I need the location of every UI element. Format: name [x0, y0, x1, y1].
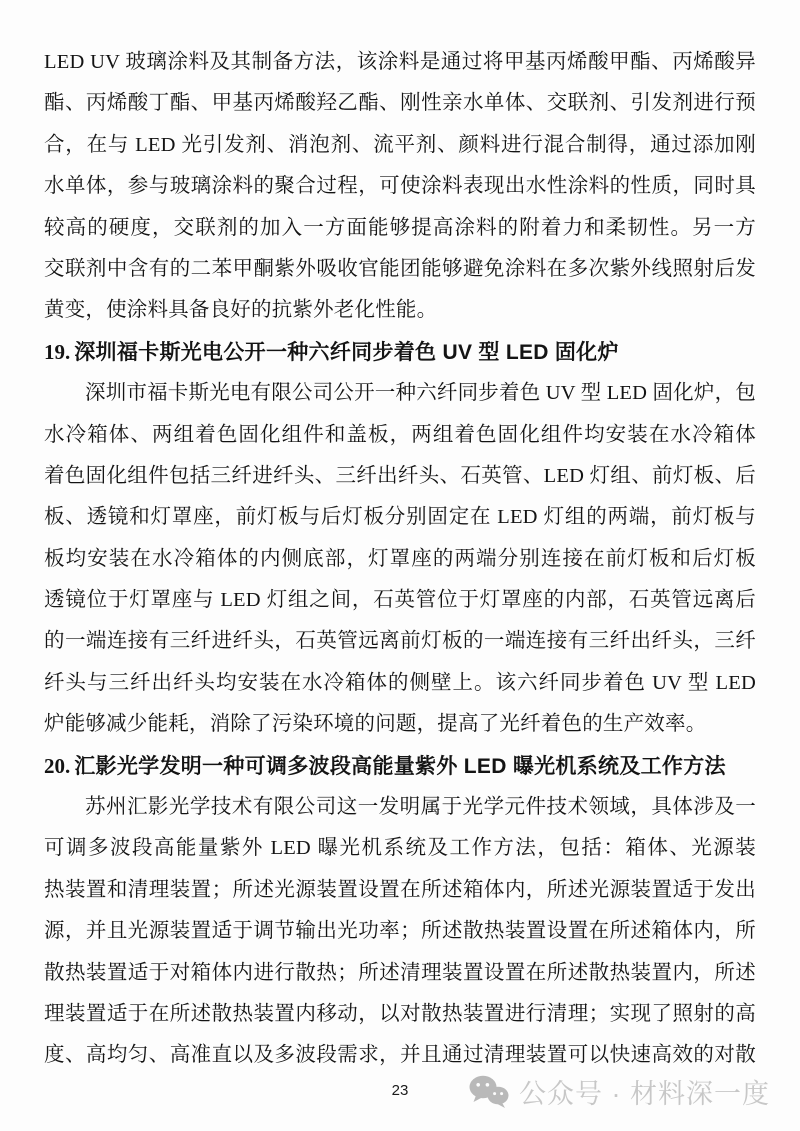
text-line: 水冷箱体、两组着色固化组件和盖板，两组着色固化组件均安装在水冷箱体上；	[44, 415, 756, 456]
text-line: 透镜位于灯罩座与 LED 灯组之间，石英管位于灯罩座的内部，石英管远离后灯板	[44, 580, 756, 621]
text-line: 纤头与三纤出纤头均安装在水冷箱体的侧壁上。该六纤同步着色 UV 型 LED 固化	[44, 663, 756, 704]
text-line: 较高的硬度，交联剂的加入一方面能够提高涂料的附着力和柔韧性。另一方面，	[44, 208, 756, 249]
heading-number: 19.	[44, 340, 70, 364]
text-line: 着色固化组件包括三纤进纤头、三纤出纤头、石英管、LED 灯组、前灯板、后灯	[44, 456, 756, 497]
text-line: 散热装置适于对箱体内进行散热；所述清理装置设置在所述散热装置内，所述清	[44, 953, 756, 994]
text-line: 度、高均匀、高准直以及多波段需求，并且通过清理装置可以快速高效的对散热	[44, 1035, 756, 1076]
text-line: 的一端连接有三纤进纤头，石英管远离前灯板的一端连接有三纤出纤头，三纤进	[44, 621, 756, 662]
watermark-label: 公众号 · 材料深一度	[519, 1072, 770, 1111]
heading-number: 20.	[44, 754, 70, 778]
section-heading: 19.深圳福卡斯光电公开一种六纤同步着色 UV 型 LED 固化炉	[44, 332, 756, 373]
text-line: 源，并且光源装置适于调节输出光功率；所述散热装置设置在所述箱体内，所述	[44, 911, 756, 952]
text-line: 合，在与 LED 光引发剂、消泡剂、流平剂、颜料进行混合制得，通过添加刚性亲	[44, 125, 756, 166]
wechat-icon	[468, 1074, 510, 1110]
text-line: 板、透镜和灯罩座，前灯板与后灯板分别固定在 LED 灯组的两端，前灯板与后灯	[44, 497, 756, 538]
heading-text: 汇影光学发明一种可调多波段高能量紫外 LED 曝光机系统及工作方法	[74, 755, 726, 778]
paragraph: LED UV 玻璃涂料及其制备方法，该涂料是通过将甲基丙烯酸甲酯、丙烯酸异丁酯、…	[44, 42, 756, 332]
text-line: 热装置和清理装置；所述光源装置设置在所述箱体内，所述光源装置适于发出光	[44, 870, 756, 911]
document-content: LED UV 玻璃涂料及其制备方法，该涂料是通过将甲基丙烯酸甲酯、丙烯酸异丁酯、…	[44, 42, 756, 1077]
text-line: 酯、丙烯酸丁酯、甲基丙烯酸羟乙酯、刚性亲水单体、交联剂、引发剂进行预聚	[44, 83, 756, 124]
text-line: 可调多波段高能量紫外 LED 曝光机系统及工作方法，包括：箱体、光源装置、散	[44, 828, 756, 869]
text-line: 苏州汇影光学技术有限公司这一发明属于光学元件技术领域，具体涉及一种	[44, 787, 756, 828]
text-line: 交联剂中含有的二苯甲酮紫外吸收官能团能够避免涂料在多次紫外线照射后发生	[44, 249, 756, 290]
heading-text: 深圳福卡斯光电公开一种六纤同步着色 UV 型 LED 固化炉	[74, 341, 619, 364]
text-line: 炉能够减少能耗，消除了污染环境的问题，提高了光纤着色的生产效率。	[44, 704, 756, 745]
text-line: 理装置适于在所述散热装置内移动，以对散热装置进行清理；实现了照射的高照	[44, 994, 756, 1035]
watermark: 公众号 · 材料深一度	[468, 1072, 770, 1111]
text-line: 黄变，使涂料具备良好的抗紫外老化性能。	[44, 290, 756, 331]
document-page: LED UV 玻璃涂料及其制备方法，该涂料是通过将甲基丙烯酸甲酯、丙烯酸异丁酯、…	[0, 0, 800, 1131]
section-heading: 20.汇影光学发明一种可调多波段高能量紫外 LED 曝光机系统及工作方法	[44, 746, 756, 787]
paragraph: 苏州汇影光学技术有限公司这一发明属于光学元件技术领域，具体涉及一种可调多波段高能…	[44, 787, 756, 1077]
text-line: 水单体，参与玻璃涂料的聚合过程，可使涂料表现出水性涂料的性质，同时具有	[44, 166, 756, 207]
text-line: 板均安装在水冷箱体的内侧底部，灯罩座的两端分别连接在前灯板和后灯板上，	[44, 539, 756, 580]
text-line: LED UV 玻璃涂料及其制备方法，该涂料是通过将甲基丙烯酸甲酯、丙烯酸异丁	[44, 42, 756, 83]
paragraph: 深圳市福卡斯光电有限公司公开一种六纤同步着色 UV 型 LED 固化炉，包括水冷…	[44, 373, 756, 746]
text-line: 深圳市福卡斯光电有限公司公开一种六纤同步着色 UV 型 LED 固化炉，包括	[44, 373, 756, 414]
